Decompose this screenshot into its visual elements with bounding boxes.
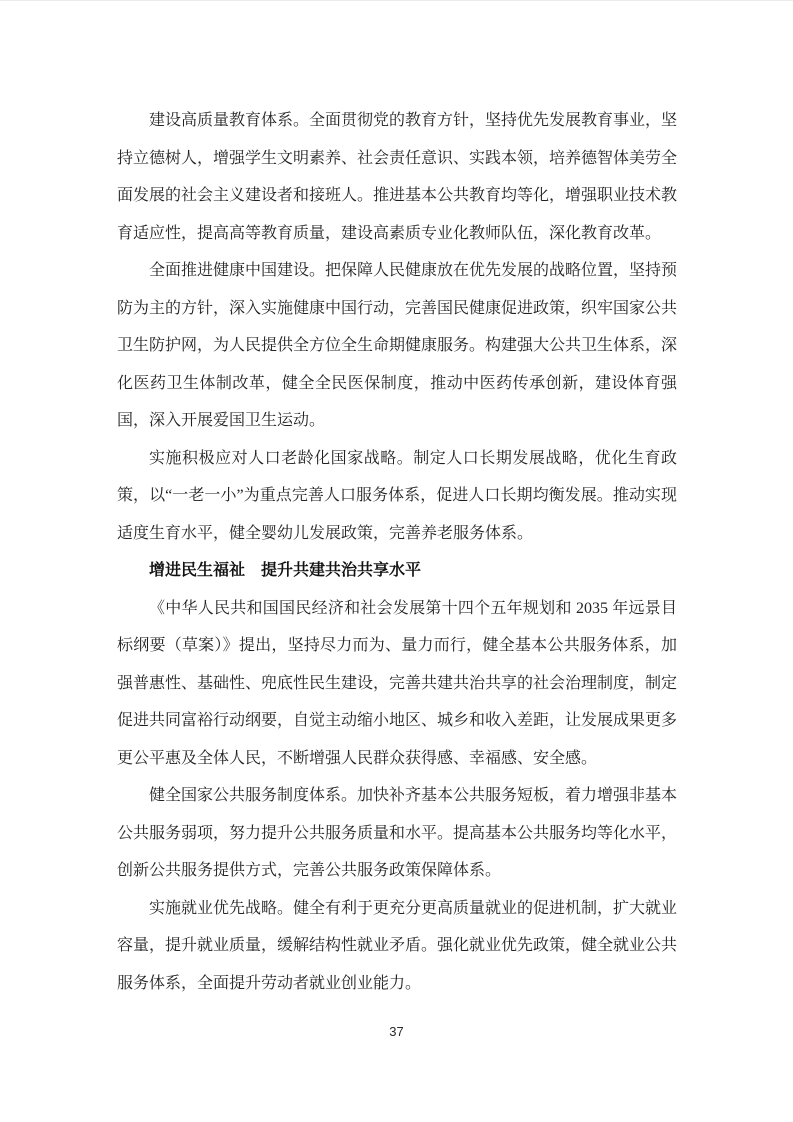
paragraph-plan-outline: 《中华人民共和国国民经济和社会发展第十四个五年规划和 2035 年远景目标纲要（… <box>117 590 677 778</box>
paragraph-public-service-system: 健全国家公共服务制度体系。加快补齐基本公共服务短板，着力增强非基本公共服务弱项，… <box>117 777 677 890</box>
section-heading-livelihood: 增进民生福祉 提升共建共治共享水平 <box>117 552 677 590</box>
paragraph-healthy-china: 全面推进健康中国建设。把保障人民健康放在优先发展的战略位置，坚持预防为主的方针，… <box>117 252 677 440</box>
page-body: 建设高质量教育体系。全面贯彻党的教育方针，坚持优先发展教育事业，坚持立德树人，增… <box>117 102 677 1002</box>
document-page: 建设高质量教育体系。全面贯彻党的教育方针，坚持优先发展教育事业，坚持立德树人，增… <box>0 0 793 1122</box>
page-number: 37 <box>0 1024 793 1040</box>
paragraph-aging-strategy: 实施积极应对人口老龄化国家战略。制定人口长期发展战略，优化生育政策，以“一老一小… <box>117 440 677 553</box>
paragraph-education-system: 建设高质量教育体系。全面贯彻党的教育方针，坚持优先发展教育事业，坚持立德树人，增… <box>117 102 677 252</box>
paragraph-employment-strategy: 实施就业优先战略。健全有利于更充分更高质量就业的促进机制，扩大就业容量，提升就业… <box>117 890 677 1003</box>
